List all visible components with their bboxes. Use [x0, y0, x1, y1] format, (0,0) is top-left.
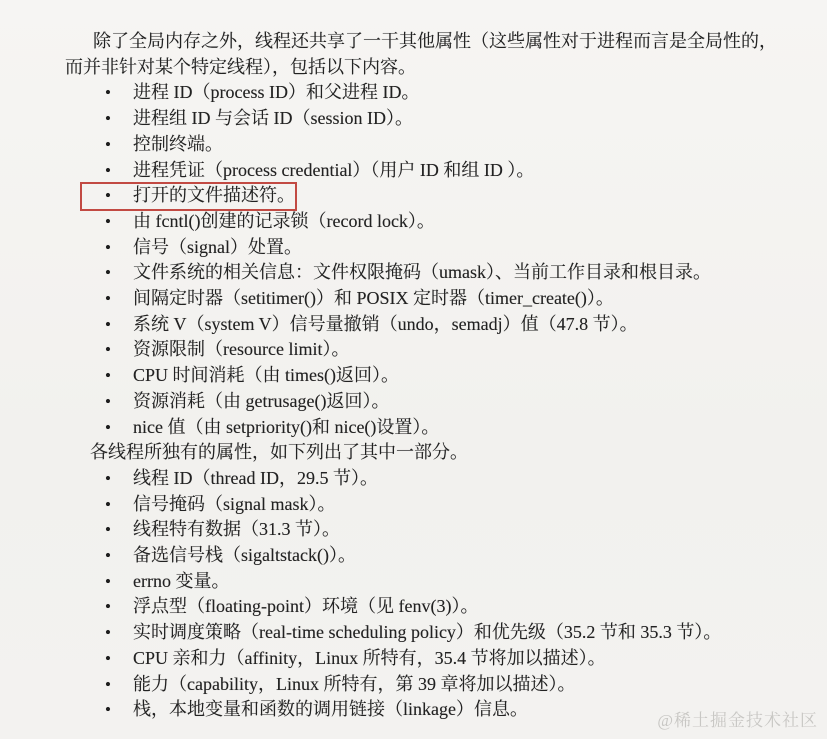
list-item: •线程特有数据（31.3 节）。: [105, 517, 793, 543]
middle-paragraph: 各线程所独有的属性，如下列出了其中一部分。: [65, 440, 793, 466]
list-item: •信号掩码（signal mask）。: [105, 492, 793, 518]
bullet-icon: •: [105, 620, 133, 646]
bullet-icon: •: [105, 594, 133, 620]
list-item: •备选信号栈（sigaltstack()）。: [105, 543, 793, 569]
list-item-text: 浮点型（floating-point）环境（见 fenv(3)）。: [133, 594, 793, 620]
watermark: @稀土掘金技术社区: [657, 708, 818, 734]
list-item: •信号（signal）处置。: [105, 235, 793, 261]
intro-paragraph: 除了全局内存之外，线程还共享了一干其他属性（这些属性对于进程而言是全局性的，而并…: [65, 29, 793, 80]
bullet-icon: •: [105, 543, 133, 569]
list-item-text: 备选信号栈（sigaltstack()）。: [133, 543, 793, 569]
bullet-icon: •: [105, 697, 133, 723]
list-item: •进程 ID（process ID）和父进程 ID。: [105, 80, 793, 106]
bullet-icon: •: [105, 235, 133, 261]
thread-specific-attributes-list: •线程 ID（thread ID，29.5 节）。 •信号掩码（signal m…: [65, 466, 793, 723]
list-item: •进程组 ID 与会话 ID（session ID）。: [105, 106, 793, 132]
shared-attributes-list: •进程 ID（process ID）和父进程 ID。 •进程组 ID 与会话 I…: [65, 80, 793, 440]
list-item: •资源限制（resource limit）。: [105, 337, 793, 363]
bullet-icon: •: [105, 672, 133, 698]
list-item: •nice 值（由 setpriority()和 nice()设置）。: [105, 415, 793, 441]
list-item-text: 文件系统的相关信息：文件权限掩码（umask）、当前工作目录和根目录。: [133, 260, 793, 286]
list-item-text: 打开的文件描述符。: [133, 183, 793, 209]
list-item-text: 线程特有数据（31.3 节）。: [133, 517, 793, 543]
list-item-text: 间隔定时器（setitimer()）和 POSIX 定时器（timer_crea…: [133, 286, 793, 312]
list-item-text: nice 值（由 setpriority()和 nice()设置）。: [133, 415, 793, 441]
bullet-icon: •: [105, 569, 133, 595]
list-item: •进程凭证（process credential）（用户 ID 和组 ID ）。: [105, 158, 793, 184]
list-item-text: CPU 亲和力（affinity，Linux 所特有，35.4 节将加以描述）。: [133, 646, 793, 672]
list-item-text: 信号掩码（signal mask）。: [133, 492, 793, 518]
list-item-text: CPU 时间消耗（由 times()返回）。: [133, 363, 793, 389]
bullet-icon: •: [105, 337, 133, 363]
list-item: •资源消耗（由 getrusage()返回）。: [105, 389, 793, 415]
bullet-icon: •: [105, 363, 133, 389]
bullet-icon: •: [105, 106, 133, 132]
list-item-highlighted: •打开的文件描述符。: [105, 183, 793, 209]
bullet-icon: •: [105, 312, 133, 338]
bullet-icon: •: [105, 132, 133, 158]
list-item: •线程 ID（thread ID，29.5 节）。: [105, 466, 793, 492]
list-item: •实时调度策略（real-time scheduling policy）和优先级…: [105, 620, 793, 646]
list-item: •CPU 亲和力（affinity，Linux 所特有，35.4 节将加以描述）…: [105, 646, 793, 672]
list-item-text: 控制终端。: [133, 132, 793, 158]
bullet-icon: •: [105, 209, 133, 235]
list-item-text: 进程组 ID 与会话 ID（session ID）。: [133, 106, 793, 132]
list-item-text: 系统 V（system V）信号量撤销（undo，semadj）值（47.8 节…: [133, 312, 793, 338]
list-item: •errno 变量。: [105, 569, 793, 595]
list-item-text: errno 变量。: [133, 569, 793, 595]
list-item-text: 线程 ID（thread ID，29.5 节）。: [133, 466, 793, 492]
list-item: •文件系统的相关信息：文件权限掩码（umask）、当前工作目录和根目录。: [105, 260, 793, 286]
bullet-icon: •: [105, 492, 133, 518]
list-item-text: 进程 ID（process ID）和父进程 ID。: [133, 80, 793, 106]
bullet-icon: •: [105, 466, 133, 492]
bullet-icon: •: [105, 80, 133, 106]
list-item-text: 进程凭证（process credential）（用户 ID 和组 ID ）。: [133, 158, 793, 184]
list-item: •CPU 时间消耗（由 times()返回）。: [105, 363, 793, 389]
list-item-text: 实时调度策略（real-time scheduling policy）和优先级（…: [133, 620, 793, 646]
list-item: •能力（capability，Linux 所特有，第 39 章将加以描述）。: [105, 672, 793, 698]
list-item-text: 资源消耗（由 getrusage()返回）。: [133, 389, 793, 415]
list-item-text: 由 fcntl()创建的记录锁（record lock）。: [133, 209, 793, 235]
bullet-icon: •: [105, 183, 133, 209]
list-item: •控制终端。: [105, 132, 793, 158]
list-item: •由 fcntl()创建的记录锁（record lock）。: [105, 209, 793, 235]
bullet-icon: •: [105, 415, 133, 441]
bullet-icon: •: [105, 389, 133, 415]
list-item: •间隔定时器（setitimer()）和 POSIX 定时器（timer_cre…: [105, 286, 793, 312]
list-item-text: 能力（capability，Linux 所特有，第 39 章将加以描述）。: [133, 672, 793, 698]
list-item: •浮点型（floating-point）环境（见 fenv(3)）。: [105, 594, 793, 620]
list-item-text: 资源限制（resource limit）。: [133, 337, 793, 363]
bullet-icon: •: [105, 517, 133, 543]
bullet-icon: •: [105, 260, 133, 286]
list-item-text: 信号（signal）处置。: [133, 235, 793, 261]
book-page: 除了全局内存之外，线程还共享了一干其他属性（这些属性对于进程而言是全局性的，而并…: [0, 0, 827, 739]
bullet-icon: •: [105, 646, 133, 672]
list-item: •系统 V（system V）信号量撤销（undo，semadj）值（47.8 …: [105, 312, 793, 338]
bullet-icon: •: [105, 286, 133, 312]
bullet-icon: •: [105, 158, 133, 184]
